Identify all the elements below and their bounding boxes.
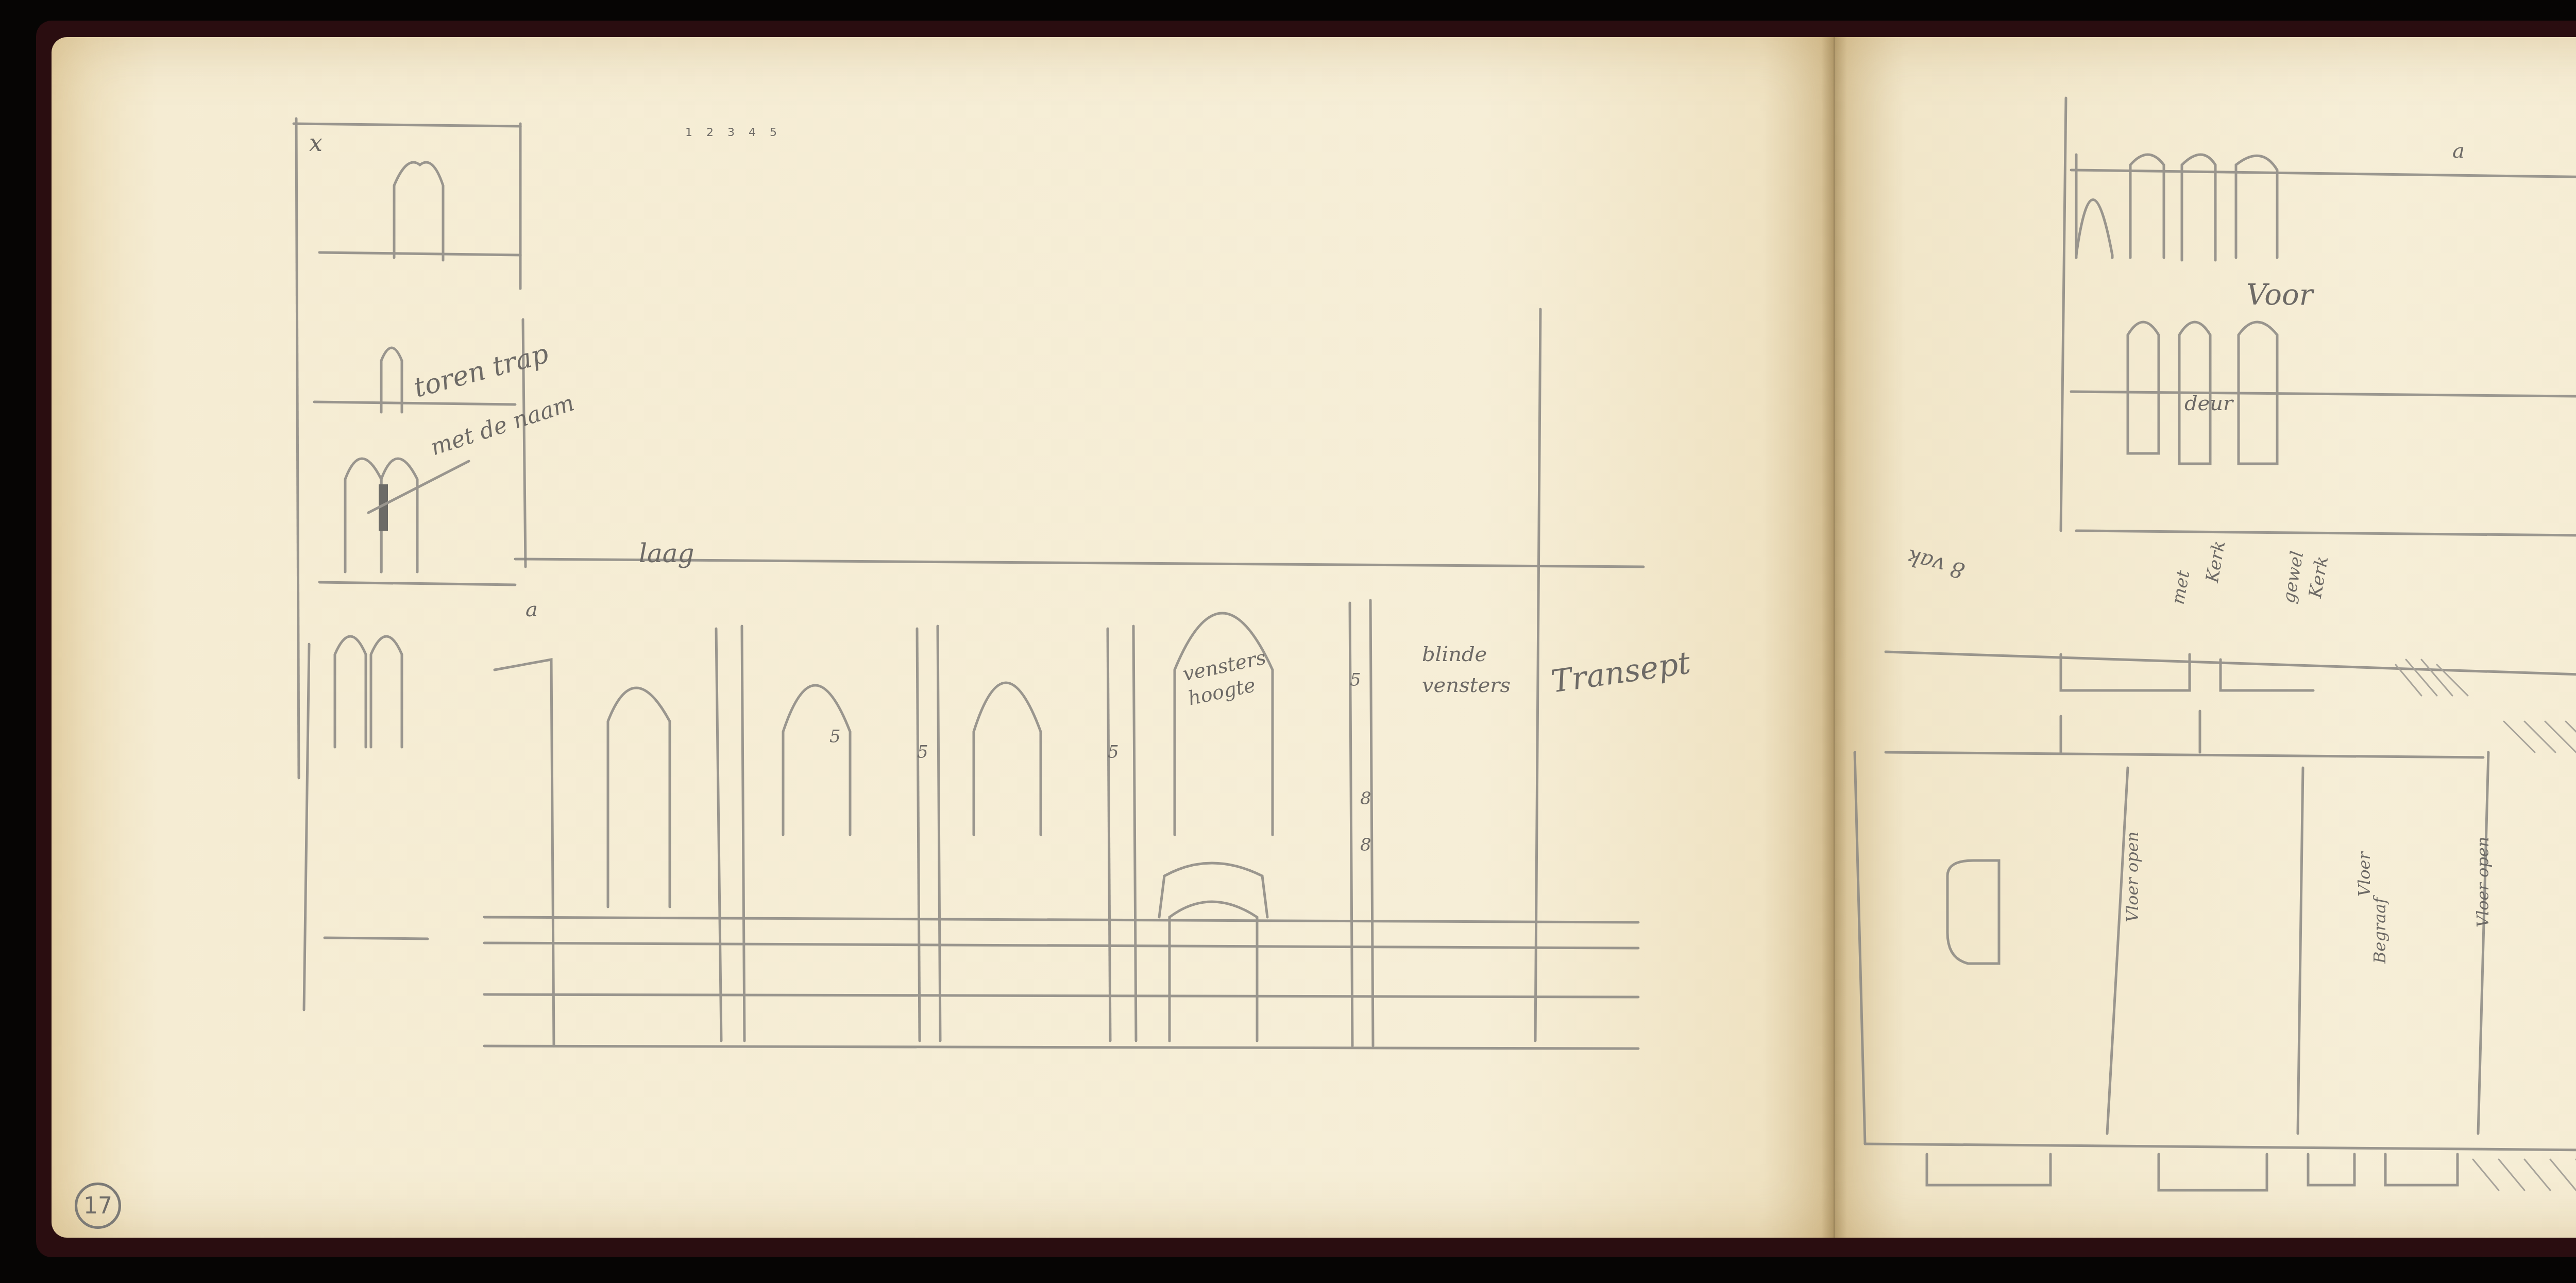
facade-elevation-sketch: [2061, 98, 2576, 536]
bay-mark: 5: [829, 727, 841, 747]
page-number-17: 17: [75, 1183, 121, 1229]
plan-column-vloer-open-2: Vloer open: [2473, 837, 2493, 927]
annotation-roof-line: laag: [639, 538, 694, 568]
annotation-deur: deur: [2184, 392, 2233, 415]
plan-column-vloer-open: Vloer open: [2123, 832, 2142, 922]
bay-mark: 8: [1360, 788, 1371, 809]
plan-column-vloer: Vloer: [2354, 852, 2374, 897]
bay-mark: 8: [1360, 835, 1371, 855]
top-numerals: 1 2 3 4 5: [685, 126, 782, 139]
mark-a-facade: a: [2452, 139, 2465, 163]
sketchbook-spread: 1 2 3 4 5 x toren trap met de naam laag …: [0, 0, 2576, 1283]
plan-column-begraaf: Begraaf: [2370, 898, 2389, 964]
mark-a-left-page: a: [526, 598, 538, 621]
bay-mark: 5: [1350, 670, 1361, 690]
ground-plan-sketch: [1855, 652, 2576, 1247]
mark-x: x: [309, 129, 323, 157]
bay-mark: 5: [917, 742, 928, 763]
annotation-voor: Voor: [2246, 278, 2313, 312]
bay-mark: 5: [1108, 742, 1119, 763]
pencil-sketch-drawings: [0, 0, 2576, 1283]
tower-elevation-sketch: [294, 119, 526, 1010]
annotation-blind-windows: blinde vensters: [1422, 639, 1504, 701]
